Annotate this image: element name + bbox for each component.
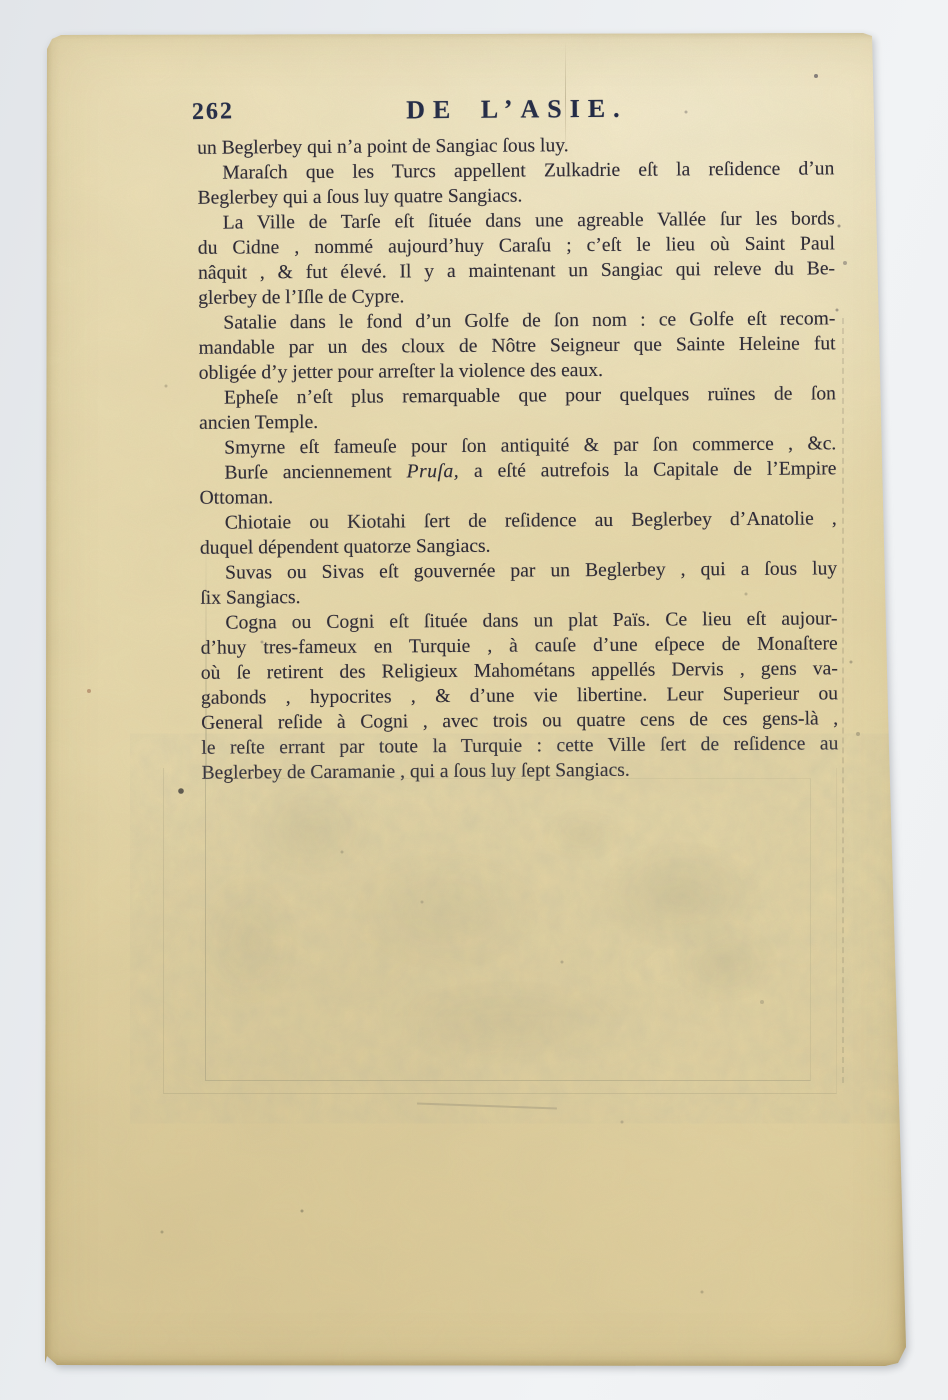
text-line: Suvas ou Sivas eſt gouvernée par un Begl… bbox=[200, 556, 837, 585]
text-line: Beglerbey de Caramanie , qui a ſous luy … bbox=[201, 756, 838, 785]
text-line: le reſte errant par toute la Turquie : c… bbox=[201, 731, 838, 760]
book-page: 262 DE L’ASIE. un Beglerbey qui n’a poin… bbox=[45, 33, 906, 1366]
text-line: Maraſch que les Turcs appellent Zulkadri… bbox=[197, 156, 834, 185]
text-line: nâquit , & fut élevé. Il y a maintenant … bbox=[198, 256, 835, 285]
printed-content: 262 DE L’ASIE. un Beglerbey qui n’a poin… bbox=[44, 28, 914, 1367]
photo-backdrop: 262 DE L’ASIE. un Beglerbey qui n’a poin… bbox=[0, 0, 948, 1400]
text-line: Epheſe n’eſt plus remarquable que pour q… bbox=[199, 381, 836, 410]
text-line: Chiotaie ou Kiotahi ſert de reſidence au… bbox=[200, 506, 837, 535]
ink-specks bbox=[45, 33, 47, 35]
body-text: un Beglerbey qui n’a point de Sangiac ſo… bbox=[197, 131, 839, 785]
text-line: Burſe anciennement Pruſa, a eſté autrefo… bbox=[199, 456, 836, 485]
running-header-title: DE L’ASIE. bbox=[197, 92, 837, 126]
text-line: mandable par un des cloux de Nôtre Seign… bbox=[198, 331, 835, 360]
paper-sheet: 262 DE L’ASIE. un Beglerbey qui n’a poin… bbox=[45, 33, 906, 1366]
